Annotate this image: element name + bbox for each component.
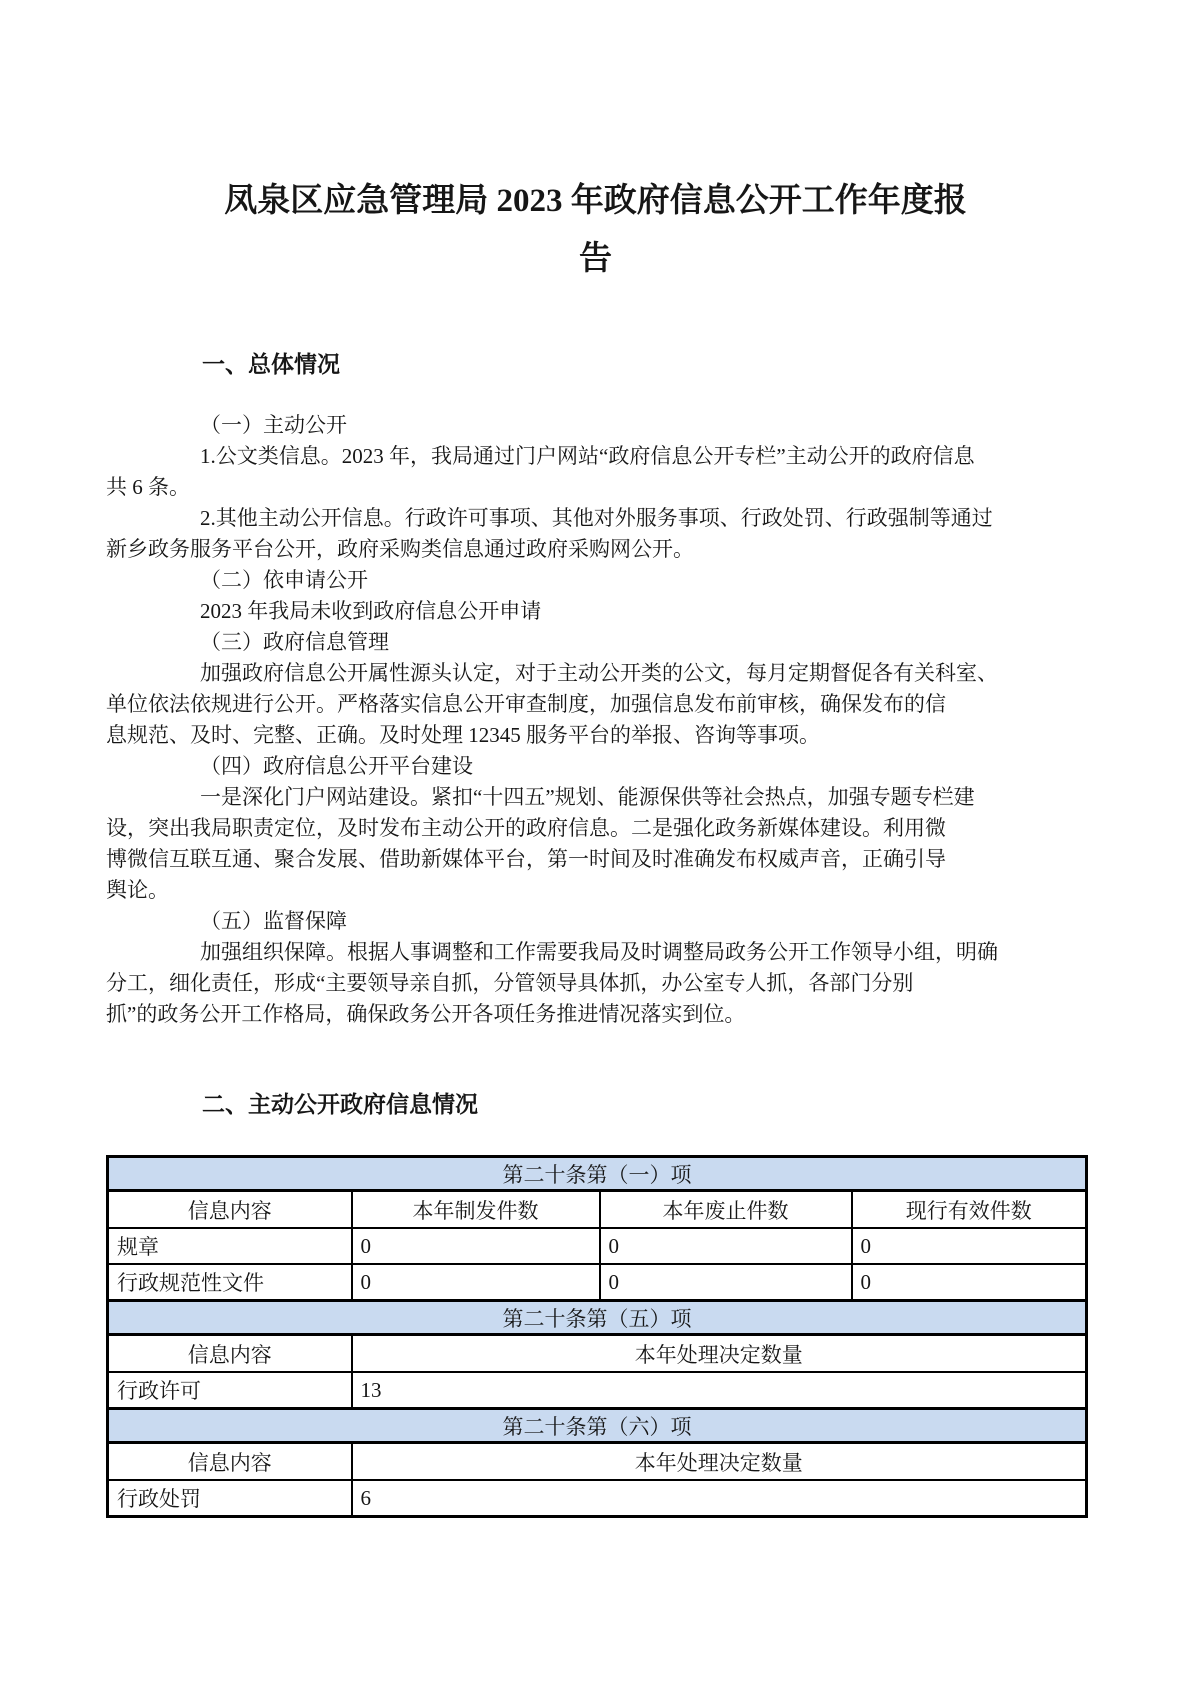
- body-lines: （一）主动公开1.公文类信息。2023 年，我局通过门户网站“政府信息公开专栏”…: [106, 410, 1085, 1030]
- body-line: 抓”的政务公开工作格局，确保政务公开各项任务推进情况落实到位。: [106, 999, 1085, 1030]
- table-row: 行政规范性文件000: [108, 1264, 1087, 1301]
- table-header-cell: 信息内容: [108, 1191, 352, 1229]
- table-row: 行政许可13: [108, 1372, 1087, 1409]
- table-row: 行政处罚6: [108, 1480, 1087, 1517]
- section-heading-proactive-disclosure: 二、主动公开政府信息情况: [106, 1090, 1085, 1120]
- document-title-line-1: 凤泉区应急管理局 2023 年政府信息公开工作年度报: [106, 172, 1085, 230]
- table-band-cell: 第二十条第（六）项: [108, 1409, 1087, 1443]
- document-title: 凤泉区应急管理局 2023 年政府信息公开工作年度报 告: [106, 0, 1085, 288]
- table-value-cell: 13: [352, 1372, 1087, 1409]
- table-value-cell: 0: [852, 1264, 1087, 1301]
- table-row-label-cell: 行政许可: [108, 1372, 352, 1409]
- section-heading-overview: 一、总体情况: [106, 350, 1085, 380]
- body-line: 共 6 条。: [106, 472, 1085, 503]
- body-line: （一）主动公开: [106, 410, 1085, 441]
- table-value-cell: 6: [352, 1480, 1087, 1517]
- body-line: 舆论。: [106, 875, 1085, 906]
- body-line: 博微信互联互通、聚合发展、借助新媒体平台，第一时间及时准确发布权威声音，正确引导: [106, 844, 1085, 875]
- table-row: 第二十条第（六）项: [108, 1409, 1087, 1443]
- document-page: 凤泉区应急管理局 2023 年政府信息公开工作年度报 告 一、总体情况 （一）主…: [0, 0, 1190, 1683]
- body-line: 2023 年我局未收到政府信息公开申请: [106, 596, 1085, 627]
- table-value-cell: 0: [852, 1228, 1087, 1264]
- table-value-cell: 0: [600, 1264, 852, 1301]
- table-row: 信息内容本年处理决定数量: [108, 1443, 1087, 1481]
- disclosure-table-body: 第二十条第（一）项信息内容本年制发件数本年废止件数现行有效件数规章000行政规范…: [108, 1157, 1087, 1517]
- disclosure-table: 第二十条第（一）项信息内容本年制发件数本年废止件数现行有效件数规章000行政规范…: [106, 1155, 1088, 1518]
- table-row-label-cell: 规章: [108, 1228, 352, 1264]
- body-line: 息规范、及时、完整、正确。及时处理 12345 服务平台的举报、咨询等事项。: [106, 720, 1085, 751]
- table-header-cell: 信息内容: [108, 1335, 352, 1373]
- body-line: （五）监督保障: [106, 906, 1085, 937]
- table-header-cell: 信息内容: [108, 1443, 352, 1481]
- body-line: 1.公文类信息。2023 年，我局通过门户网站“政府信息公开专栏”主动公开的政府…: [106, 441, 1085, 472]
- body-line: 加强政府信息公开属性源头认定，对于主动公开类的公文，每月定期督促各有关科室、: [106, 658, 1085, 689]
- table-band-cell: 第二十条第（五）项: [108, 1301, 1087, 1335]
- table-header-cell: 本年处理决定数量: [352, 1443, 1087, 1481]
- body-line: 一是深化门户网站建设。紧扣“十四五”规划、能源保供等社会热点，加强专题专栏建: [106, 782, 1085, 813]
- table-header-cell: 本年处理决定数量: [352, 1335, 1087, 1373]
- table-row: 信息内容本年处理决定数量: [108, 1335, 1087, 1373]
- body-line: （二）依申请公开: [106, 565, 1085, 596]
- table-row-label-cell: 行政规范性文件: [108, 1264, 352, 1301]
- document-title-line-2: 告: [106, 230, 1085, 288]
- table-value-cell: 0: [352, 1264, 600, 1301]
- body-line: （三）政府信息管理: [106, 627, 1085, 658]
- body-line: 2.其他主动公开信息。行政许可事项、其他对外服务事项、行政处罚、行政强制等通过: [106, 503, 1085, 534]
- table-value-cell: 0: [600, 1228, 852, 1264]
- table-row: 规章000: [108, 1228, 1087, 1264]
- table-value-cell: 0: [352, 1228, 600, 1264]
- table-header-cell: 现行有效件数: [852, 1191, 1087, 1229]
- table-row: 第二十条第（五）项: [108, 1301, 1087, 1335]
- table-band-cell: 第二十条第（一）项: [108, 1157, 1087, 1191]
- table-row: 第二十条第（一）项: [108, 1157, 1087, 1191]
- body-line: 分工，细化责任，形成“主要领导亲自抓，分管领导具体抓，办公室专人抓，各部门分别: [106, 968, 1085, 999]
- table-header-cell: 本年废止件数: [600, 1191, 852, 1229]
- table-row-label-cell: 行政处罚: [108, 1480, 352, 1517]
- table-row: 信息内容本年制发件数本年废止件数现行有效件数: [108, 1191, 1087, 1229]
- body-line: 单位依法依规进行公开。严格落实信息公开审查制度，加强信息发布前审核，确保发布的信: [106, 689, 1085, 720]
- body-line: （四）政府信息公开平台建设: [106, 751, 1085, 782]
- body-line: 加强组织保障。根据人事调整和工作需要我局及时调整局政务公开工作领导小组，明确: [106, 937, 1085, 968]
- body-line: 设，突出我局职责定位，及时发布主动公开的政府信息。二是强化政务新媒体建设。利用微: [106, 813, 1085, 844]
- document-content: 凤泉区应急管理局 2023 年政府信息公开工作年度报 告 一、总体情况 （一）主…: [106, 0, 1085, 1518]
- body-line: 新乡政务服务平台公开，政府采购类信息通过政府采购网公开。: [106, 534, 1085, 565]
- table-header-cell: 本年制发件数: [352, 1191, 600, 1229]
